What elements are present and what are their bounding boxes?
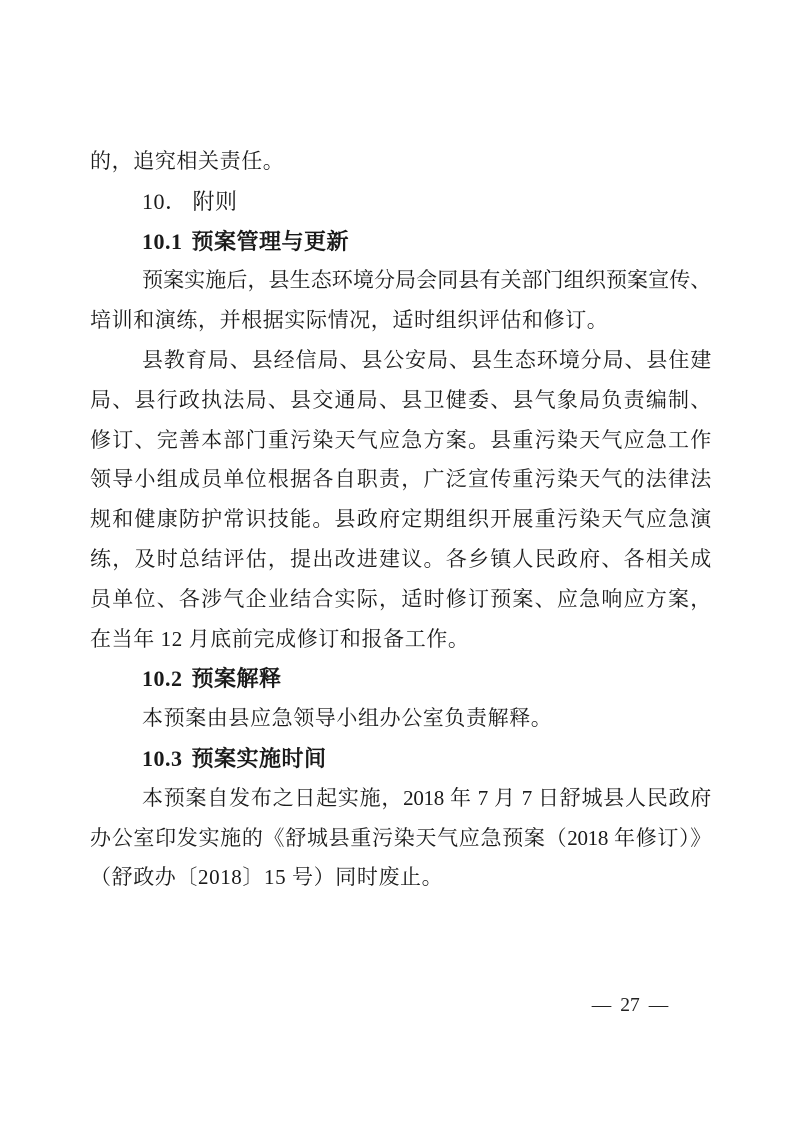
page-number: 27 (620, 995, 640, 1016)
body-line: 规和健康防护常识技能。县政府定期组织开展重污染天气应急演 (90, 500, 711, 540)
body-line: 的，追究相关责任。 (90, 142, 711, 182)
heading-title: 预案管理与更新 (192, 229, 350, 254)
body-line: （舒政办〔2018〕15 号）同时废止。 (90, 858, 711, 898)
body-line: 县教育局、县经信局、县公安局、县生态环境分局、县住建 (90, 341, 711, 381)
body-line: 员单位、各涉气企业结合实际，适时修订预案、应急响应方案， (90, 580, 711, 620)
body-line: 在当年 12 月底前完成修订和报备工作。 (90, 620, 711, 660)
heading-title: 预案实施时间 (192, 746, 327, 771)
subsection-heading: 10.3预案实施时间 (90, 739, 711, 779)
subsection-heading: 10.2预案解释 (90, 659, 711, 699)
heading-number: 10.2 (142, 666, 183, 691)
heading-title: 预案解释 (192, 666, 282, 691)
footer-dash-right: — (649, 995, 669, 1016)
document-page: 的，追究相关责任。10．附则10.1预案管理与更新预案实施后，县生态环境分局会同… (0, 0, 793, 1122)
body-line: 局、县行政执法局、县交通局、县卫健委、县气象局负责编制、 (90, 381, 711, 421)
section-heading: 10．附则 (90, 182, 711, 222)
body-line: 练，及时总结评估，提出改进建议。各乡镇人民政府、各相关成 (90, 540, 711, 580)
heading-number: 10.3 (142, 746, 183, 771)
body-line: 办公室印发实施的《舒城县重污染天气应急预案（2018 年修订）》 (90, 819, 711, 859)
body-line: 本预案自发布之日起实施，2018 年 7 月 7 日舒城县人民政府 (90, 779, 711, 819)
page-text-content: 的，追究相关责任。10．附则10.1预案管理与更新预案实施后，县生态环境分局会同… (90, 142, 711, 898)
body-line: 领导小组成员单位根据各自职责，广泛宣传重污染天气的法律法 (90, 460, 711, 500)
body-line: 培训和演练，并根据实际情况，适时组织评估和修订。 (90, 301, 711, 341)
heading-number: 10． (142, 189, 188, 214)
body-line: 预案实施后，县生态环境分局会同县有关部门组织预案宣传、 (90, 261, 711, 301)
heading-number: 10.1 (142, 229, 183, 254)
heading-title: 附则 (193, 189, 238, 214)
body-line: 修订、完善本部门重污染天气应急方案。县重污染天气应急工作 (90, 421, 711, 461)
footer-dash-left: — (592, 995, 612, 1016)
subsection-heading: 10.1预案管理与更新 (90, 222, 711, 262)
page-footer: —27— (580, 994, 680, 1018)
body-line: 本预案由县应急领导小组办公室负责解释。 (90, 699, 711, 739)
